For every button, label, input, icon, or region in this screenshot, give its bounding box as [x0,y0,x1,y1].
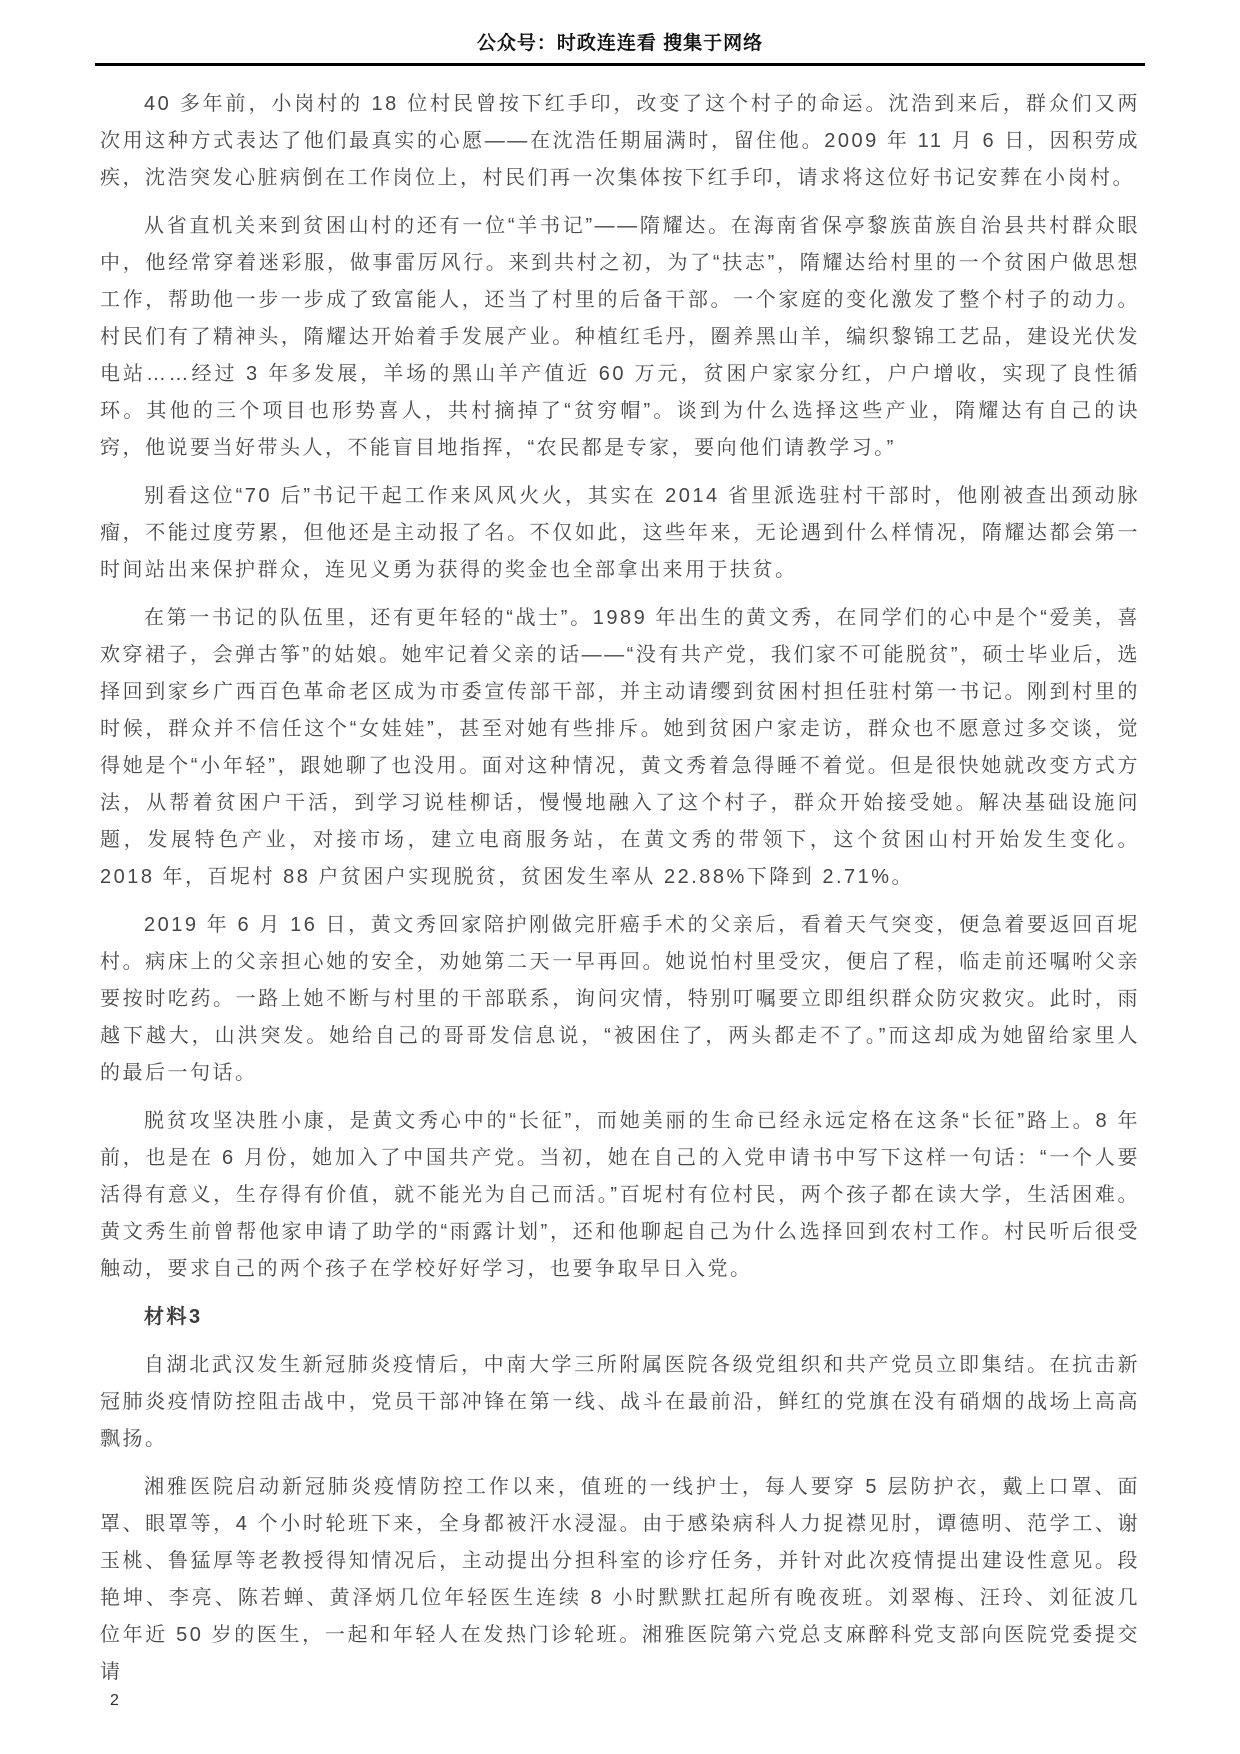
paragraph-suiyaoda-intro: 从省直机关来到贫困山村的还有一位“羊书记”——隋耀达。在海南省保亭黎族苗族自治县… [100,208,1140,467]
paragraph-suiyaoda-health: 别看这位“70 后”书记干起工作来风风火火，其实在 2014 省里派选驻村干部时… [100,478,1140,589]
paragraph-shenhao: 40 多年前，小岗村的 18 位村民曾按下红手印，改变了这个村子的命运。沈浩到来… [100,86,1140,197]
page-number: 2 [110,1692,119,1710]
document-page: 公众号：时政连连看 搜集于网络 40 多年前，小岗村的 18 位村民曾按下红手印… [0,0,1240,1754]
header-title: 公众号：时政连连看 搜集于网络 [477,33,763,54]
paragraph-covid-party: 自湖北武汉发生新冠肺炎疫情后，中南大学三所附属医院各级党组织和共产党员立即集结。… [100,1347,1140,1458]
section-heading-material-3: 材料3 [100,1299,1140,1336]
paragraph-huangwenxiu-flood: 2019 年 6 月 16 日，黄文秀回家陪护刚做完肝癌手术的父亲后，看着天气突… [100,907,1140,1092]
page-header: 公众号：时政连连看 搜集于网络 [0,0,1240,55]
paragraph-huangwenxiu-legacy: 脱贫攻坚决胜小康，是黄文秀心中的“长征”，而她美丽的生命已经永远定格在这条“长征… [100,1103,1140,1288]
paragraph-huangwenxiu-intro: 在第一书记的队伍里，还有更年轻的“战士”。1989 年出生的黄文秀，在同学们的心… [100,600,1140,896]
paragraph-xiangya-hospital: 湘雅医院启动新冠肺炎疫情防控工作以来，值班的一线护士，每人要穿 5 层防护衣，戴… [100,1469,1140,1691]
document-body: 40 多年前，小岗村的 18 位村民曾按下红手印，改变了这个村子的命运。沈浩到来… [100,86,1140,1691]
header-divider [95,63,1145,66]
